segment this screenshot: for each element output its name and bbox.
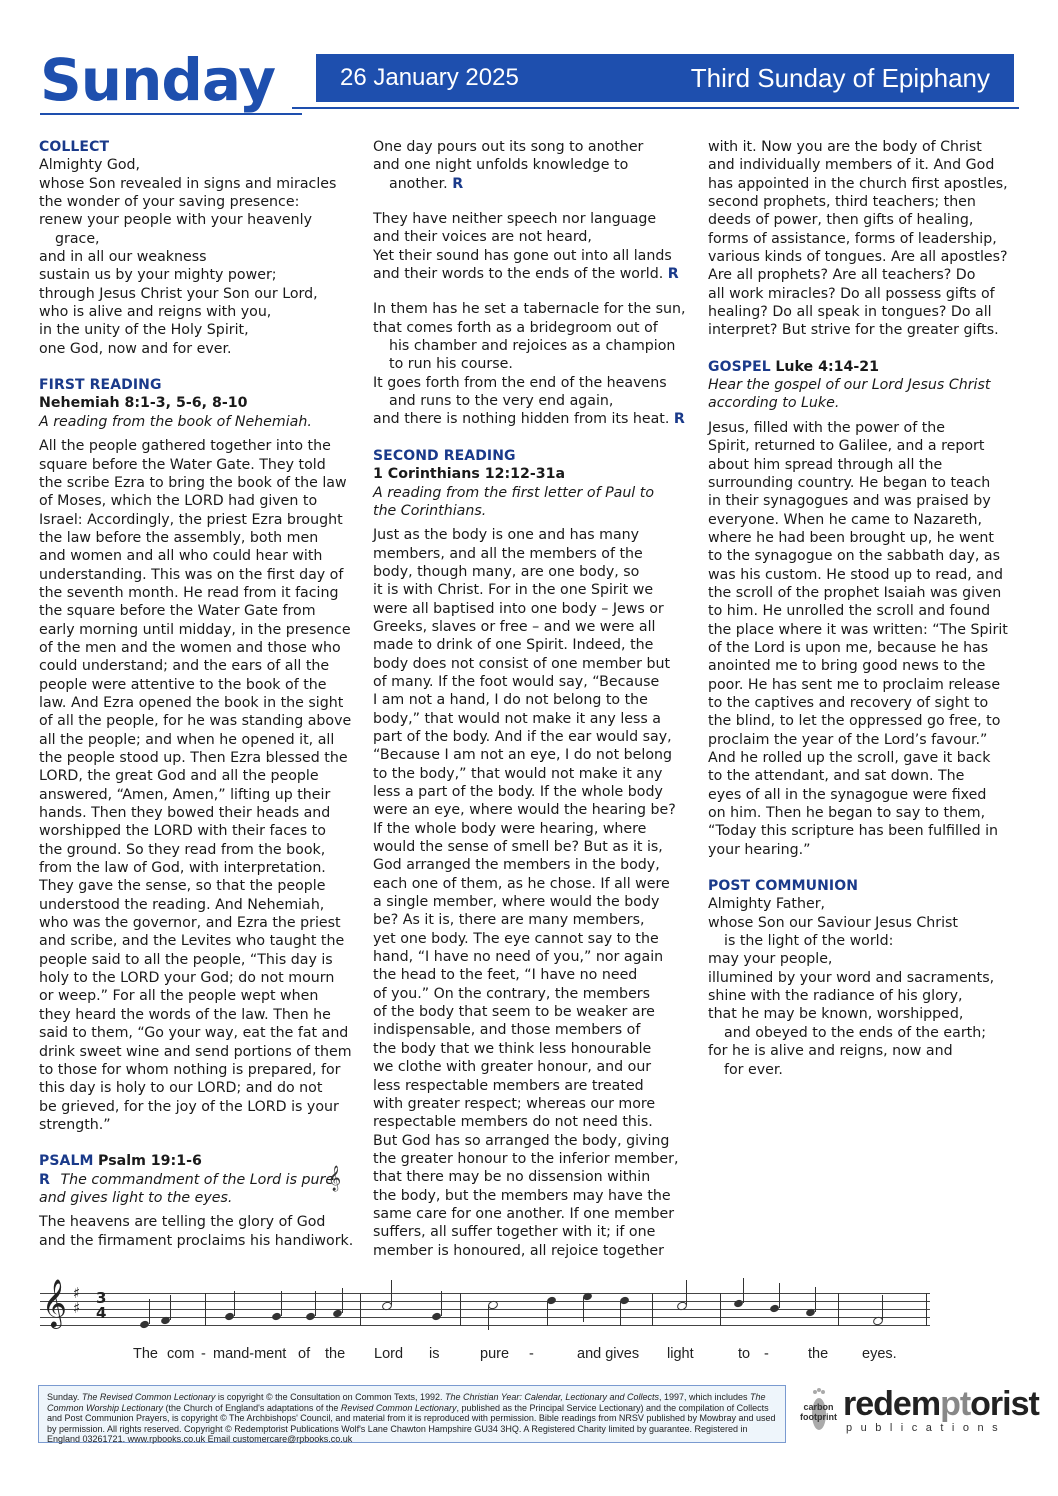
reading-line: people were attentive to the book of the <box>39 676 349 694</box>
note-stem <box>441 1291 442 1316</box>
reading-line: be? As it is, there are many members, <box>373 911 691 929</box>
page-title: Sunday <box>40 40 275 120</box>
second-reading-intro-2: the Corinthians. <box>373 502 691 520</box>
column-1: COLLECT Almighty God,whose Son revealed … <box>39 138 349 1264</box>
gospel-line: the scroll of the prophet Isaiah was giv… <box>708 584 1026 602</box>
liturgical-occasion: Third Sunday of Epiphany <box>691 63 990 94</box>
collect-line: sustain us by your mighty power; <box>39 266 349 284</box>
psalm-line: and one night unfolds knowledge to <box>373 156 691 174</box>
first-reading-intro: A reading from the book of Nehemiah. <box>39 413 349 431</box>
staff-line <box>40 1317 930 1318</box>
reading-line: be grieved, for the joy of the LORD is y… <box>39 1098 349 1116</box>
psalm-line: and there is nothing hidden from its hea… <box>373 410 691 428</box>
gospel-line: your hearing.” <box>708 841 1026 859</box>
gospel-line: about him spread through all the <box>708 456 1026 474</box>
note-stem <box>391 1280 392 1305</box>
psalm-title: PSALM Psalm 19:1-6 <box>39 1152 349 1170</box>
copyright-fragment: , 1997, which includes <box>659 1392 750 1402</box>
reading-line: law. And Ezra opened the book in the sig… <box>39 694 349 712</box>
reading-line: less respectable members are treated <box>373 1077 691 1095</box>
title-underline <box>40 113 302 115</box>
prayer-line: Almighty Father, <box>708 895 1026 913</box>
reading-line: they heard the words of the law. Then he <box>39 1006 349 1024</box>
gospel-intro-1: Hear the gospel of our Lord Jesus Christ <box>708 376 1026 394</box>
gospel-line: Jesus, filled with the power of the <box>708 419 1026 437</box>
note-stem <box>234 1291 235 1316</box>
reading-line: same care for one another. If one member <box>373 1205 691 1223</box>
verse-gap <box>373 283 691 300</box>
gospel-line: Spirit, returned to Galilee, and a repor… <box>708 437 1026 455</box>
reading-line: part of the body. And if the ear would s… <box>373 728 691 746</box>
note-stem <box>170 1295 171 1320</box>
reading-line: members, and all the members of the <box>373 545 691 563</box>
time-sig-bottom: 4 <box>96 1306 106 1321</box>
reading-line: less a part of the body. If the whole bo… <box>373 783 691 801</box>
reading-line: yet one body. The eye cannot say to the <box>373 930 691 948</box>
reading-line: each one of them, as he chose. If all we… <box>373 875 691 893</box>
collect-line: Almighty God, <box>39 156 349 174</box>
reading-line: understood the reading. And Nehemiah, <box>39 896 349 914</box>
note-stem <box>583 1297 584 1322</box>
reading-line: were all baptised into one body – Jews o… <box>373 600 691 618</box>
psalm-line: and the firmament proclaims his handiwor… <box>39 1232 349 1250</box>
second-reading-intro-1: A reading from the first letter of Paul … <box>373 484 691 502</box>
gospel-line: was his custom. He stood up to read, and <box>708 566 1026 584</box>
reading-line: from the law of God, with interpretation… <box>39 859 349 877</box>
reading-line: of many. If the foot would say, “Because <box>373 673 691 691</box>
psalm-verse: One day pours out its song to anotherand… <box>373 138 691 193</box>
first-reading-text: All the people gathered together into th… <box>39 437 349 1134</box>
reading-line: body, though many, are one body, so <box>373 563 691 581</box>
second-reading-section: SECOND READING 1 Corinthians 12:12-31a A… <box>373 447 691 1260</box>
bar-line <box>460 1293 461 1326</box>
reading-line: the people stood up. Then Ezra blessed t… <box>39 749 349 767</box>
reading-line: member is honoured, all rejoice together <box>373 1242 691 1260</box>
gospel-intro-2: according to Luke. <box>708 394 1026 412</box>
gospel-line: proclaim the year of the Lord’s favour.” <box>708 731 1026 749</box>
gospel-line: to him. He unrolled the scroll and found <box>708 602 1026 620</box>
lyric-syllable: is <box>429 1346 439 1362</box>
reading-line: “Because I am not an eye, I do not belon… <box>373 746 691 764</box>
banner-underline <box>292 107 1019 109</box>
reading-line: worshipped the LORD with their faces to <box>39 822 349 840</box>
reading-line: the body, but the members may have the <box>373 1187 691 1205</box>
reading-line: said to them, “Go your way, eat the fat … <box>39 1024 349 1042</box>
note-stem <box>547 1301 548 1326</box>
reading-line: All the people gathered together into th… <box>39 437 349 455</box>
reading-line: hands. Then they bowed their heads and <box>39 804 349 822</box>
lyric-syllable: - <box>529 1346 534 1362</box>
reading-line: all work miracles? Do all possess gifts … <box>708 285 1026 303</box>
gospel-line: to the attendant, and sat down. The <box>708 767 1026 785</box>
note-stem <box>686 1280 687 1305</box>
response-marker: R <box>39 1172 50 1188</box>
note-stem <box>488 1305 489 1330</box>
reading-line: hand, “I have no need of you,” nor again <box>373 948 691 966</box>
bar-line <box>360 1293 361 1326</box>
note-stem <box>779 1283 780 1308</box>
reading-line: body does not consist of one member but <box>373 655 691 673</box>
copyright-fragment: (the Church of England's adaptations of … <box>163 1403 341 1413</box>
response-marker: R <box>668 266 679 282</box>
gospel-line: on him. Then he began to say to them, <box>708 804 1026 822</box>
reading-line: indispensable, and those members of <box>373 1021 691 1039</box>
lyric-syllable: pure <box>480 1346 509 1362</box>
reading-line: or weep.” For all the people wept when <box>39 987 349 1005</box>
reading-line: with it. Now you are the body of Christ <box>708 138 1026 156</box>
reading-line: with greater respect; whereas our more <box>373 1095 691 1113</box>
collect-line: in the unity of the Holy Spirit, <box>39 321 349 339</box>
reading-line: LORD, the great God and all the people <box>39 767 349 785</box>
psalm-line: It goes forth from the end of the heaven… <box>373 374 691 392</box>
reading-line: to the body,” that would not make it any <box>373 765 691 783</box>
bar-line <box>205 1293 206 1326</box>
copyright-fragment: Sunday. <box>47 1392 82 1402</box>
gospel-line: poor. He has sent me to proclaim release <box>708 676 1026 694</box>
collect-line: grace, <box>39 230 349 248</box>
prayer-line: shine with the radiance of his glory, <box>708 987 1026 1005</box>
collect-text: Almighty God,whose Son revealed in signs… <box>39 156 349 358</box>
reading-line: and scribe, and the Levites who taught t… <box>39 932 349 950</box>
second-reading-text-continued: with it. Now you are the body of Christa… <box>708 138 1026 340</box>
bar-line <box>838 1293 839 1326</box>
reading-line: we clothe with greater honour, and our <box>373 1058 691 1076</box>
gospel-line: to the captives and recovery of sight to <box>708 694 1026 712</box>
lyric-syllable: light <box>667 1346 694 1362</box>
lyric-syllable: the <box>325 1346 345 1362</box>
reading-line: has appointed in the church first apostl… <box>708 175 1026 193</box>
reading-line: Just as the body is one and has many <box>373 526 691 544</box>
second-reading-reference: 1 Corinthians 12:12-31a <box>373 465 691 483</box>
reading-line: answered, “Amen, Amen,” lifting up their <box>39 786 349 804</box>
psalm-line: In them has he set a tabernacle for the … <box>373 300 691 318</box>
reading-line: forms of assistance, forms of leadership… <box>708 230 1026 248</box>
reading-line: They gave the sense, so that the people <box>39 877 349 895</box>
reading-line: strength.” <box>39 1116 349 1134</box>
reading-line: this day is holy to our LORD; and do not <box>39 1079 349 1097</box>
brand-subtitle: publications <box>846 1422 1006 1434</box>
note-stem <box>882 1295 883 1320</box>
lyric-syllable: - <box>201 1346 206 1362</box>
reading-line: to those for whom nothing is prepared, f… <box>39 1061 349 1079</box>
lyric-syllable: the <box>808 1346 828 1362</box>
carbon-footprint-label: carbon footprint <box>800 1402 837 1422</box>
gospel-heading: GOSPEL <box>708 359 771 375</box>
collect-line: who is alive and reigns with you, <box>39 303 349 321</box>
psalm-reference: Psalm 19:1-6 <box>98 1153 202 1169</box>
first-reading-heading: FIRST READING <box>39 376 349 394</box>
reading-line: If the whole body were hearing, where <box>373 820 691 838</box>
copyright-fragment: Revised Common Lectionary <box>341 1403 457 1413</box>
staff-line <box>40 1301 930 1302</box>
reading-line: people said to all the people, “This day… <box>39 951 349 969</box>
reading-line: the law before the assembly, both men <box>39 529 349 547</box>
psalm-line: to run his course. <box>373 355 691 373</box>
psalm-response-line-2: and gives light to the eyes. <box>39 1189 349 1207</box>
gospel-line: anointed me to bring good news to the <box>708 657 1026 675</box>
reading-line: the ground. So they read from the book, <box>39 841 349 859</box>
gospel-line: to the synagogue on the sabbath day, as <box>708 547 1026 565</box>
prayer-line: may your people, <box>708 950 1026 968</box>
reading-line: Greeks, slaves or free – and we were all <box>373 618 691 636</box>
gospel-line: And he rolled up the scroll, gave it bac… <box>708 749 1026 767</box>
verse-gap <box>373 193 691 210</box>
post-communion-text: Almighty Father,whose Son our Saviour Je… <box>708 895 1026 1078</box>
lyric-syllable: com <box>167 1346 194 1362</box>
reading-line: various kinds of tongues. Are all apostl… <box>708 248 1026 266</box>
prayer-line: for ever. <box>708 1061 1026 1079</box>
reading-line: holy to the LORD your God; do not mourn <box>39 969 349 987</box>
gospel-line: in their synagogues and was praised by <box>708 492 1026 510</box>
reading-line: of you.” On the contrary, the members <box>373 985 691 1003</box>
reading-line: of Moses, which the LORD had given to <box>39 492 349 510</box>
reading-line: of all the people, for he was standing a… <box>39 712 349 730</box>
lyric-syllable: of <box>298 1346 310 1362</box>
reading-line: that there may be no dissension within <box>373 1168 691 1186</box>
response-marker: R <box>674 411 685 427</box>
lyric-syllable: The <box>133 1346 158 1362</box>
reading-line: all the people; and when he opened it, a… <box>39 731 349 749</box>
psalm-line: another. R <box>373 175 691 193</box>
lyric-syllable: Lord <box>374 1346 403 1362</box>
note-stem <box>815 1287 816 1312</box>
collect-line: renew your people with your heavenly <box>39 211 349 229</box>
brand-part: pt <box>940 1385 970 1423</box>
second-reading-heading: SECOND READING <box>373 447 691 465</box>
first-reading-section: FIRST READING Nehemiah 8:1-3, 5-6, 8-10 … <box>39 376 349 1134</box>
first-reading-reference: Nehemiah 8:1-3, 5-6, 8-10 <box>39 394 349 412</box>
carbon-word: carbon <box>800 1402 837 1412</box>
page-header: Sunday 26 January 2025 Third Sunday of E… <box>40 40 1020 120</box>
gospel-line: where he had been brought up, he went <box>708 529 1026 547</box>
second-reading-text: Just as the body is one and has manymemb… <box>373 526 691 1260</box>
bar-line <box>926 1293 927 1326</box>
staff-line <box>40 1325 930 1326</box>
note-stem <box>315 1291 316 1316</box>
reading-line: second prophets, third teachers; then <box>708 193 1026 211</box>
copyright-fragment: The Revised Common Lectionary <box>82 1392 216 1402</box>
reading-line: respectable members do not need this. <box>373 1113 691 1131</box>
publisher-logo: carbon footprint redemptorist publicatio… <box>800 1386 1030 1446</box>
psalm-response-line-1: The commandment of the Lord is pure <box>60 1172 334 1188</box>
date-banner: 26 January 2025 Third Sunday of Epiphany <box>316 54 1014 102</box>
treble-clef-icon: 𝄞 <box>42 1282 67 1324</box>
reading-line: I am not a hand, I do not belong to the <box>373 691 691 709</box>
reading-line: early morning until midday, in the prese… <box>39 621 349 639</box>
psalm-verse: They have neither speech nor languageand… <box>373 210 691 283</box>
prayer-line: for he is alive and reigns, now and <box>708 1042 1026 1060</box>
psalm-line: They have neither speech nor language <box>373 210 691 228</box>
treble-clef-icon: 𝄞 <box>328 1166 341 1191</box>
brand-part: orist <box>970 1385 1039 1423</box>
reading-line: would the sense of smell be? But as it i… <box>373 838 691 856</box>
note-stem <box>342 1288 343 1313</box>
response-marker: R <box>452 176 463 192</box>
reading-line: of the body that seem to be weaker are <box>373 1003 691 1021</box>
gospel-line: “Today this scripture has been fulfilled… <box>708 822 1026 840</box>
gospel-line: the blind, to let the oppressed go free,… <box>708 712 1026 730</box>
reading-line: the square before the Water Gate from <box>39 602 349 620</box>
collect-line: one God, now and for ever. <box>39 340 349 358</box>
reading-line: the greater honour to the inferior membe… <box>373 1150 691 1168</box>
psalm-line: and their words to the ends of the world… <box>373 265 691 283</box>
psalm-heading: PSALM <box>39 1153 94 1169</box>
reading-line: could understand; and the ears of all th… <box>39 657 349 675</box>
staff-line <box>40 1293 930 1294</box>
reading-line: understanding. This was on the first day… <box>39 566 349 584</box>
note-stem <box>149 1299 150 1324</box>
reading-line: suffers, all suffer together with it; if… <box>373 1223 691 1241</box>
prayer-line: that he may be known, worshipped, <box>708 1005 1026 1023</box>
prayer-line: illumined by your word and sacraments, <box>708 969 1026 987</box>
reading-line: and individually members of it. And God <box>708 156 1026 174</box>
psalm-line: Yet their sound has gone out into all la… <box>373 247 691 265</box>
gospel-line: of the Lord is upon me, because he has <box>708 639 1026 657</box>
psalm-verses-continued: One day pours out its song to anotherand… <box>373 138 691 429</box>
reading-line: body,” that would not make it any less a <box>373 710 691 728</box>
staff-line <box>40 1309 930 1310</box>
brand-name: redemptorist <box>843 1386 1039 1422</box>
gospel-title: GOSPEL Luke 4:14-21 <box>708 358 1026 376</box>
reading-line: of the men and the women and those who <box>39 639 349 657</box>
reading-line: Are all prophets? Are all teachers? Do <box>708 266 1026 284</box>
reading-line: the head to the feet, “I have no need <box>373 966 691 984</box>
reading-line: made to drink of one Spirit. Indeed, the <box>373 636 691 654</box>
reading-line: square before the Water Gate. They told <box>39 456 349 474</box>
gospel-reference: Luke 4:14-21 <box>775 359 879 375</box>
column-3: with it. Now you are the body of Christa… <box>708 138 1026 1093</box>
psalm-response-music: 𝄞 ♯♯ 3 4 Thecom-mand-mentoftheLordispure… <box>40 1290 935 1370</box>
note-stem <box>281 1291 282 1316</box>
collect-heading: COLLECT <box>39 138 349 156</box>
footprint-word: footprint <box>800 1412 837 1422</box>
psalm-line: and their voices are not heard, <box>373 228 691 246</box>
psalm-line: his chamber and rejoices as a champion <box>373 337 691 355</box>
reading-line: and women and all who could hear with <box>39 547 349 565</box>
post-communion-section: POST COMMUNION Almighty Father,whose Son… <box>708 877 1026 1079</box>
lyric-syllable: - <box>764 1346 769 1362</box>
bar-line <box>652 1293 653 1326</box>
gospel-line: the place where it was written: “The Spi… <box>708 621 1026 639</box>
reading-line: who was the governor, and Ezra the pries… <box>39 914 349 932</box>
collect-line: and in all our weakness <box>39 248 349 266</box>
reading-line: the body that we think less honourable <box>373 1040 691 1058</box>
brand-part: redem <box>843 1385 940 1423</box>
column-2: One day pours out its song to anotherand… <box>373 138 691 1274</box>
collect-line: the wonder of your saving presence: <box>39 193 349 211</box>
reading-line: were an eye, where would the hearing be? <box>373 801 691 819</box>
reading-line: the scribe Ezra to bring the book of the… <box>39 474 349 492</box>
lyric-syllable: and gives <box>577 1346 639 1362</box>
service-date: 26 January 2025 <box>340 64 519 92</box>
gospel-line: surrounding country. He began to teach <box>708 474 1026 492</box>
reading-line: interpret? But strive for the greater gi… <box>708 321 1026 339</box>
lyric-syllable: mand-ment <box>213 1346 286 1362</box>
copyright-fragment: is copyright © the Consultation on Commo… <box>215 1392 445 1402</box>
psalm-line: The heavens are telling the glory of God <box>39 1213 349 1231</box>
psalm-verse: The heavens are telling the glory of God… <box>39 1213 349 1250</box>
prayer-line: is the light of the world: <box>708 932 1026 950</box>
note-stem <box>620 1301 621 1326</box>
gospel-line: eyes of all in the synagogue were fixed <box>708 786 1026 804</box>
prayer-line: whose Son our Saviour Jesus Christ <box>708 914 1026 932</box>
lyric-syllable: eyes. <box>862 1346 897 1362</box>
note-stem <box>743 1278 744 1303</box>
collect-line: whose Son revealed in signs and miracles <box>39 175 349 193</box>
lyric-syllable: to <box>738 1346 750 1362</box>
copyright-fragment: The Christian Year: Calendar, Lectionary… <box>445 1392 659 1402</box>
reading-line: But God has so arranged the body, giving <box>373 1132 691 1150</box>
gospel-line: everyone. When he came to Nazareth, <box>708 511 1026 529</box>
reading-line: healing? Do all speak in tongues? Do all <box>708 303 1026 321</box>
reading-line: the seventh month. He read from it facin… <box>39 584 349 602</box>
time-signature: 3 4 <box>96 1291 106 1321</box>
reading-line: drink sweet wine and send portions of th… <box>39 1043 349 1061</box>
psalm-section: PSALM Psalm 19:1-6 R The commandment of … <box>39 1152 349 1250</box>
copyright-notice: Sunday. The Revised Common Lectionary is… <box>38 1385 786 1443</box>
collect-section: COLLECT Almighty God,whose Son revealed … <box>39 138 349 358</box>
key-signature-sharps-icon: ♯♯ <box>73 1286 80 1316</box>
psalm-line: and runs to the very end again, <box>373 392 691 410</box>
collect-line: through Jesus Christ your Son our Lord, <box>39 285 349 303</box>
reading-line: it is with Christ. For in the one Spirit… <box>373 581 691 599</box>
reading-line: Israel: Accordingly, the priest Ezra bro… <box>39 511 349 529</box>
psalm-verse: In them has he set a tabernacle for the … <box>373 300 691 428</box>
psalm-verse: The heavens are telling the glory of God… <box>39 1213 349 1250</box>
prayer-line: and obeyed to the ends of the earth; <box>708 1024 1026 1042</box>
psalm-line: that comes forth as a bridegroom out of <box>373 319 691 337</box>
reading-line: deeds of power, then gifts of healing, <box>708 211 1026 229</box>
psalm-line: One day pours out its song to another <box>373 138 691 156</box>
gospel-section: GOSPEL Luke 4:14-21 Hear the gospel of o… <box>708 358 1026 859</box>
reading-line: God arranged the members in the body, <box>373 856 691 874</box>
gospel-text: Jesus, filled with the power of theSpiri… <box>708 419 1026 859</box>
reading-line: a single member, where would the body <box>373 893 691 911</box>
psalm-response: R The commandment of the Lord is pure an… <box>39 1171 349 1208</box>
bar-line <box>720 1293 721 1326</box>
post-communion-heading: POST COMMUNION <box>708 877 1026 895</box>
